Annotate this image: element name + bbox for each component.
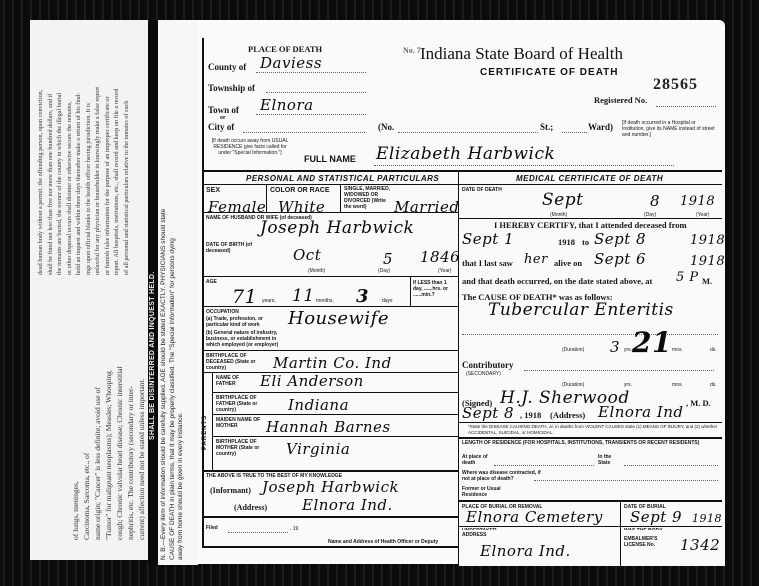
father-value: Eli Anderson (260, 372, 364, 390)
personal-section-title: PERSONAL AND STATISTICAL PARTICULARS (246, 174, 439, 183)
county-label: County of (208, 62, 246, 72)
marital-value: Married (394, 198, 459, 216)
dob-label: DATE OF BIRTH (of deceased) (206, 242, 266, 254)
md-label: , M. D. (686, 398, 711, 408)
cause-example-line: "Tumor" for malignant neoplasms); Measle… (103, 366, 114, 540)
residence-length-label: LENGTH OF RESIDENCE (FOR HOSPITALS, INST… (462, 440, 718, 446)
undertaker-address-value: Elnora Ind. (480, 542, 571, 560)
attended-to: Sept 8 (594, 230, 646, 248)
cause-example-line: name origin; "Cancer" is less definite; … (92, 366, 103, 540)
duration-ds-label-2: ds. (710, 382, 717, 388)
occupation-value: Housewife (288, 308, 389, 329)
age-days: 3 (356, 286, 369, 307)
secondary-label: (SECONDARY) (466, 371, 501, 377)
column-divider (458, 170, 459, 546)
age-years: 71 (232, 286, 257, 308)
license-label: EMBALMER'S LICENSE No. (624, 536, 674, 548)
cause-example-line: of lungs, meninges, (70, 366, 81, 540)
death-year: 1918 (680, 194, 715, 209)
death-certificate: PLACE OF DEATH No. 7 Indiana State Board… (198, 20, 725, 564)
mother-birthplace-value: Virginia (286, 440, 350, 458)
color-value: White (278, 198, 325, 216)
disinter-warning: SHALL BE DISINTERRED AND INQUEST HELD. (149, 271, 156, 440)
duration-mos-label-2: mos. (672, 382, 683, 388)
form-stamp: No. 7 (403, 46, 421, 55)
birthplace-label: BIRTHPLACE OF DECEASED (State or country… (206, 353, 268, 371)
sex-label: SEX (206, 187, 220, 195)
instruction-line: or other disposal occurs shall disinter … (65, 87, 75, 275)
town-label: Town of (208, 105, 239, 115)
cause-example-line: Carcinoma, Sarcoma, etc., of (81, 366, 92, 540)
instruction-line: unlawful for any physician or householde… (93, 87, 103, 275)
alive-on-label: alive on (554, 258, 582, 268)
informant-label: (Informant) (210, 486, 251, 495)
occupation-b-label: (b) General nature of industry, business… (206, 330, 291, 348)
full-name-value: Elizabeth Harbwick (376, 144, 555, 164)
signed-date: Sept 8 (462, 404, 514, 422)
certify-text: I HEREBY CERTIFY, that I attended deceas… (494, 220, 687, 230)
instruction-line: report. All hospitals, institutions, etc… (112, 87, 122, 275)
informant-value: Joseph Harbwick (262, 478, 399, 496)
dob-day: 5 (383, 250, 393, 268)
strip-fold: SHALL BE DISINTERRED AND INQUEST HELD. (148, 20, 158, 565)
date-of-death-label: DATE OF DEATH (462, 187, 502, 193)
informant-address-label: (Address) (234, 503, 267, 512)
age-label: AGE (206, 279, 217, 285)
less-than-label: If LESS than 1 day, ......hrs. or ......… (413, 280, 457, 298)
time-suffix: M. (702, 276, 712, 286)
occupation-a-label: (a) Trade, profession, or particular kin… (206, 316, 286, 328)
year-label: (Year) (438, 268, 451, 274)
instruction-line: of all personal and statistical particul… (122, 87, 132, 275)
physician-address: Elnora Ind (598, 403, 684, 421)
or-label: or (220, 115, 226, 121)
duration-months: 21 (632, 326, 672, 359)
ward-label: Ward) (588, 122, 613, 132)
physician-address-label: (Address) (550, 410, 585, 420)
occurred-text: and that death occurred, on the date sta… (462, 276, 652, 286)
mother-label: MAIDEN NAME OF MOTHER (216, 417, 264, 429)
marital-label: SINGLE, MARRIED, WIDOWED OR DIVORCED (Wr… (344, 186, 392, 210)
instruction-line: dead human body without a permit, the of… (36, 87, 46, 275)
to-label: to (582, 237, 589, 247)
cause-example-line: current) affection need not be stated un… (136, 366, 147, 540)
last-alive-date: Sept 6 (594, 250, 646, 268)
board-title: Indiana State Board of Health (420, 44, 623, 64)
days-label: days (382, 298, 393, 304)
filed-label: Filed (206, 525, 218, 531)
signed-year: , 1918 (520, 410, 541, 420)
cause-footnote: *State the DISEASE CAUSING DEATH, or, in… (468, 424, 718, 435)
father-birthplace-label: BIRTHPLACE OF FATHER (State or country) (216, 395, 276, 413)
instruction-line: the remains are buried, the owner of the… (55, 87, 65, 275)
where-contracted-label: Where was disease contracted, if not at … (462, 470, 542, 482)
burial-date-value: Sept 9 (630, 508, 682, 526)
no-label: (No. (378, 122, 394, 132)
color-label: COLOR OR RACE (270, 187, 330, 195)
mother-value: Hannah Barnes (266, 418, 391, 436)
duration-ds-label: ds. (710, 347, 717, 353)
township-label: Township of (208, 83, 255, 93)
age-months: 11 (292, 286, 315, 306)
dob-year: 1846 (420, 248, 460, 266)
father-birthplace-value: Indiana (288, 396, 349, 414)
cause-value: Tubercular Enteritis (488, 300, 674, 320)
nb-note-line1: N. B.—Every item of information should b… (160, 209, 169, 560)
months-label: months, (316, 298, 334, 304)
nb-note-line2: CAUSE OF DEATH in plain terms, that it m… (169, 209, 178, 560)
last-saw-text: that I last saw (462, 258, 513, 268)
street-label: St.; (540, 122, 553, 132)
death-time: 5 P (676, 270, 699, 285)
burial-year: 1918 (692, 512, 722, 525)
cause-example-line: cough; Chronic valvular heart disease; C… (114, 366, 125, 540)
bottom-burial-block: ADDRESS Elnora Ind. EMBALMER'S LICENSE N… (458, 530, 725, 566)
duration-yrs-label: yrs. (624, 347, 632, 353)
county-value: Daviess (260, 54, 322, 72)
last-alive-year: 1918 (690, 254, 725, 269)
instruction-line: ings upon official blanks to the health … (84, 87, 94, 275)
duration-label: (Duration) (562, 347, 584, 353)
filed-year-prefix: , 19 (290, 526, 298, 532)
nb-note-line3: away from home should be given in every … (177, 209, 186, 560)
duration-years: 3 (610, 338, 620, 356)
full-name-label: FULL NAME (304, 155, 356, 163)
death-day: 8 (650, 192, 660, 210)
instruction-line: hold an inquest and within three days th… (74, 87, 84, 275)
certificate-title: CERTIFICATE OF DEATH (480, 67, 619, 78)
hospital-note: [If death occurred in a Hospital or Inst… (622, 120, 718, 138)
spouse-value: Joseph Harbwick (260, 218, 414, 238)
pronoun-value: her (524, 252, 548, 267)
attended-from-year: 1918 (558, 237, 575, 247)
city-label: City of (208, 122, 234, 132)
at-place-label: At place of death (462, 454, 492, 466)
day-label: (Day) (378, 268, 390, 274)
license-value: 1342 (680, 536, 720, 554)
undertaker-address-label: ADDRESS (462, 532, 486, 538)
attended-to-year: 1918 (690, 233, 725, 248)
former-residence-label: Former or Usual Residence (462, 486, 512, 498)
mother-birthplace-label: BIRTHPLACE OF MOTHER (State or country) (216, 439, 276, 457)
informant-address-value: Elnora Ind. (302, 496, 393, 514)
burial-place-value: Elnora Cemetery (466, 508, 603, 526)
instruction-line: or furnish false information for the pur… (103, 87, 113, 275)
nb-note: N. B.—Every item of information should b… (158, 20, 198, 565)
registered-no-label: Registered No. (594, 95, 647, 105)
health-officer-label: Name and Address of Health Officer or De… (328, 539, 438, 545)
instruction-line: shall be fined not less than five nor mo… (46, 87, 56, 275)
instructions-strip: dead human body without a permit, the of… (30, 20, 150, 560)
contributory-label: Contributory (462, 360, 514, 370)
in-state-label: In the State (598, 454, 622, 466)
place-of-death-label: PLACE OF DEATH (248, 44, 322, 54)
father-label: NAME OF FATHER (216, 375, 256, 387)
sex-value: Female (208, 198, 266, 216)
death-month: Sept (542, 190, 583, 210)
occupation-label: OCCUPATION (206, 309, 239, 315)
dob-month: Oct (293, 246, 321, 264)
medical-section-title: MEDICAL CERTIFICATE OF DEATH (516, 174, 663, 183)
cause-example-line: nephritis, etc. The contributory (second… (125, 366, 136, 540)
residence-note: [If death occurs away from USUAL RESIDEN… (210, 138, 290, 156)
years-label: years, (262, 298, 276, 304)
town-value: Elnora (260, 96, 314, 114)
birthplace-value: Martin Co. Ind (273, 354, 392, 372)
parents-label: PARENTS (202, 415, 208, 450)
registered-number: 28565 (653, 76, 698, 94)
attended-from: Sept 1 (462, 230, 514, 248)
duration-mos-label: mos. (672, 347, 683, 353)
header-divider (202, 170, 722, 172)
month-label: (Month) (308, 268, 325, 274)
